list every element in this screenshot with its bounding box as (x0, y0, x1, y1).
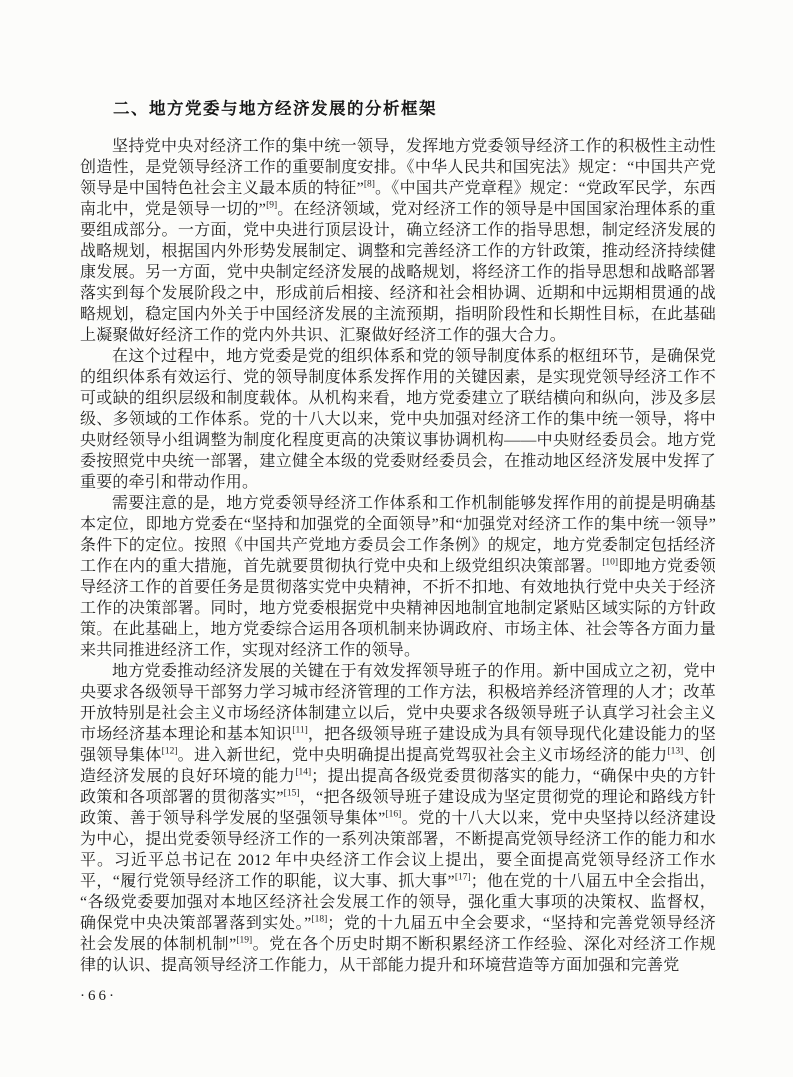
citation-ref: [14] (295, 768, 311, 778)
citation-ref: [13] (668, 747, 684, 757)
citation-ref: [19] (236, 936, 252, 946)
paragraph: 坚持党中央对经济工作的集中统一领导，发挥地方党委领导经济工作的积极性主动性创造性… (80, 136, 716, 346)
document-page: 二、地方党委与地方经济发展的分析框架 坚持党中央对经济工作的集中统一领导，发挥地… (0, 0, 793, 1077)
citation-ref: [16] (385, 810, 401, 820)
citation-ref: [10] (602, 558, 618, 568)
paragraph: 需要注意的是，地方党委领导经济工作体系和工作机制能够发挥作用的前提是明确基本定位… (80, 493, 716, 661)
paragraph: 地方党委推动经济发展的关键在于有效发挥领导班子的作用。新中国成立之初，党中央要求… (80, 661, 716, 976)
body-text: 坚持党中央对经济工作的集中统一领导，发挥地方党委领导经济工作的积极性主动性创造性… (80, 136, 716, 976)
page-number: ·66· (80, 988, 117, 1005)
citation-ref: [15] (284, 789, 300, 799)
citation-ref: [12] (162, 747, 178, 757)
paragraph: 在这个过程中，地方党委是党的组织体系和党的领导制度体系的枢纽环节，是确保党的组织… (80, 346, 716, 493)
citation-ref: [8] (364, 180, 375, 190)
citation-ref: [17] (455, 873, 471, 883)
citation-ref: [18] (311, 915, 327, 925)
citation-ref: [11] (292, 726, 307, 736)
citation-ref: [9] (266, 201, 277, 211)
section-heading: 二、地方党委与地方经济发展的分析框架 (80, 95, 716, 119)
